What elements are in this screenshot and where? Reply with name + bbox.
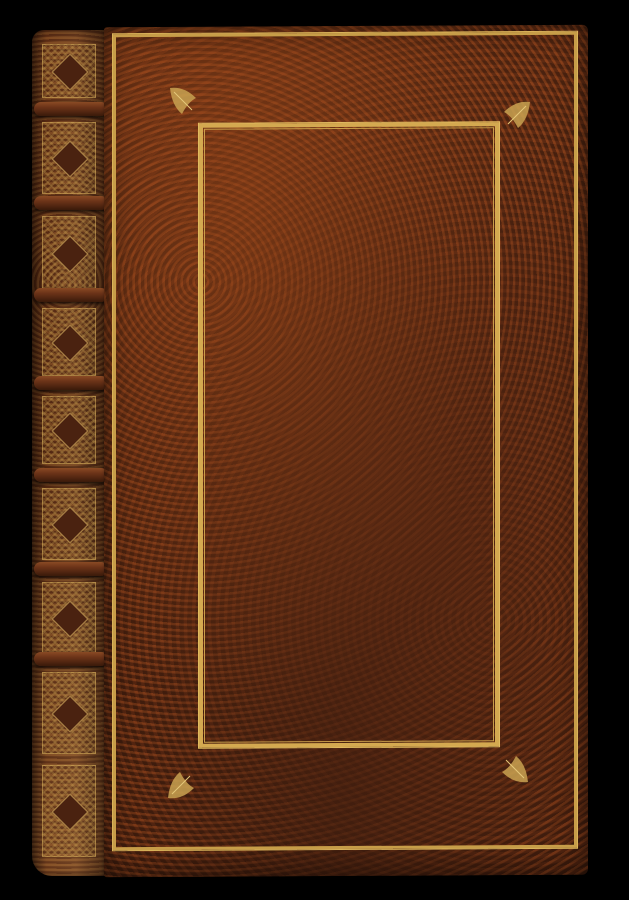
fleuron-icon bbox=[500, 98, 534, 132]
spine-compartment bbox=[42, 672, 96, 754]
spine-compartment bbox=[42, 44, 96, 98]
fleuron-icon bbox=[166, 84, 200, 118]
raised-band bbox=[34, 468, 108, 482]
inner-gilt-panel bbox=[198, 121, 500, 749]
lozenge-ornament-icon bbox=[52, 413, 89, 450]
raised-band bbox=[34, 652, 108, 666]
raised-band bbox=[34, 102, 108, 116]
spine-compartment bbox=[42, 308, 96, 376]
lozenge-ornament-icon bbox=[52, 696, 89, 733]
lozenge-ornament-icon bbox=[52, 141, 89, 178]
raised-band bbox=[34, 562, 108, 576]
raised-band bbox=[34, 288, 108, 302]
fleuron-icon bbox=[164, 768, 198, 802]
photo-background bbox=[0, 0, 629, 900]
lozenge-ornament-icon bbox=[52, 54, 89, 91]
spine-compartment bbox=[42, 216, 96, 290]
spine-compartment bbox=[42, 488, 96, 560]
spine-compartment bbox=[42, 582, 96, 654]
spine-compartment bbox=[42, 765, 96, 857]
book-spine bbox=[32, 30, 112, 876]
lozenge-ornament-icon bbox=[52, 325, 89, 362]
fleuron-icon bbox=[498, 752, 532, 786]
lozenge-ornament-icon bbox=[52, 236, 89, 273]
lozenge-ornament-icon bbox=[52, 507, 89, 544]
spine-compartment bbox=[42, 122, 96, 194]
lozenge-ornament-icon bbox=[52, 601, 89, 638]
spine-compartment bbox=[42, 396, 96, 464]
book bbox=[32, 26, 588, 878]
raised-band bbox=[34, 376, 108, 390]
raised-band bbox=[34, 196, 108, 210]
front-cover bbox=[104, 25, 588, 878]
lozenge-ornament-icon bbox=[52, 794, 89, 831]
